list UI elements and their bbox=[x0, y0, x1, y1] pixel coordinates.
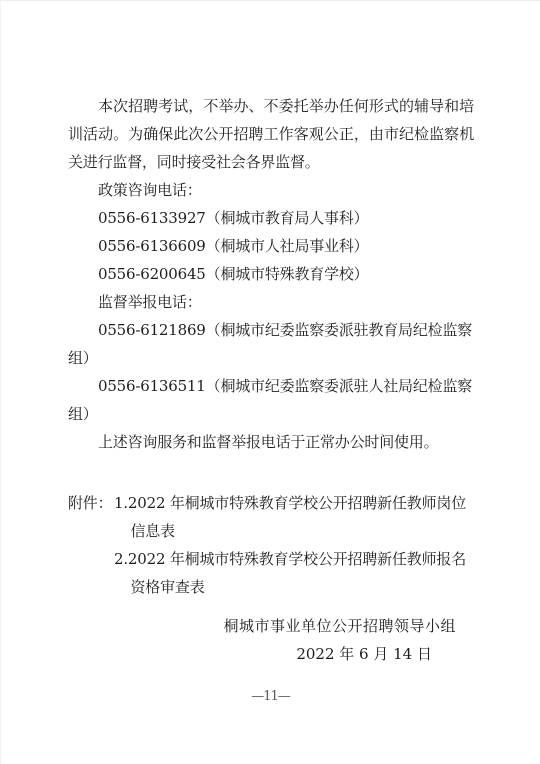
phone-line-education-bureau: 0556-6133927（桐城市教育局人事科） bbox=[68, 204, 474, 232]
phone-line-discipline-education: 0556-6121869（桐城市纪委监察委派驻教育局纪检监察组） bbox=[68, 316, 474, 372]
signature-date: 2022 年 6 月 14 日 bbox=[223, 640, 456, 668]
document-body: 本次招聘考试，不举办、不委托举办任何形式的辅导和培训活动。为确保此次公开招聘工作… bbox=[68, 92, 474, 668]
attachments-list: 1.2022 年桐城市特殊教育学校公开招聘新任教师岗位信息表 2.2022 年桐… bbox=[114, 489, 466, 601]
document-page: 本次招聘考试，不举办、不委托举办任何形式的辅导和培训活动。为确保此次公开招聘工作… bbox=[0, 0, 540, 764]
attachment-item-2: 2.2022 年桐城市特殊教育学校公开招聘新任教师报名资格审查表 bbox=[114, 545, 466, 601]
office-hours-note: 上述咨询服务和监督举报电话于正常办公时间使用。 bbox=[68, 428, 474, 456]
attachment-item-1: 1.2022 年桐城市特殊教育学校公开招聘新任教师岗位信息表 bbox=[114, 489, 466, 545]
page-number: —11— bbox=[1, 689, 540, 705]
paragraph-intro: 本次招聘考试，不举办、不委托举办任何形式的辅导和培训活动。为确保此次公开招聘工作… bbox=[68, 92, 474, 176]
signature-block: 桐城市事业单位公开招聘领导小组 2022 年 6 月 14 日 bbox=[223, 612, 456, 668]
policy-phone-heading: 政策咨询电话： bbox=[68, 176, 474, 204]
signature-organization: 桐城市事业单位公开招聘领导小组 bbox=[223, 612, 456, 640]
attachments-label: 附件： bbox=[68, 489, 114, 601]
supervision-phone-heading: 监督举报电话： bbox=[68, 288, 474, 316]
phone-line-hr-bureau: 0556-6136609（桐城市人社局事业科） bbox=[68, 232, 474, 260]
attachments-block: 附件： 1.2022 年桐城市特殊教育学校公开招聘新任教师岗位信息表 2.202… bbox=[68, 489, 474, 601]
phone-line-discipline-hr: 0556-6136511（桐城市纪委监察委派驻人社局纪检监察组） bbox=[68, 372, 474, 428]
phone-line-special-school: 0556-6200645（桐城市特殊教育学校） bbox=[68, 260, 474, 288]
